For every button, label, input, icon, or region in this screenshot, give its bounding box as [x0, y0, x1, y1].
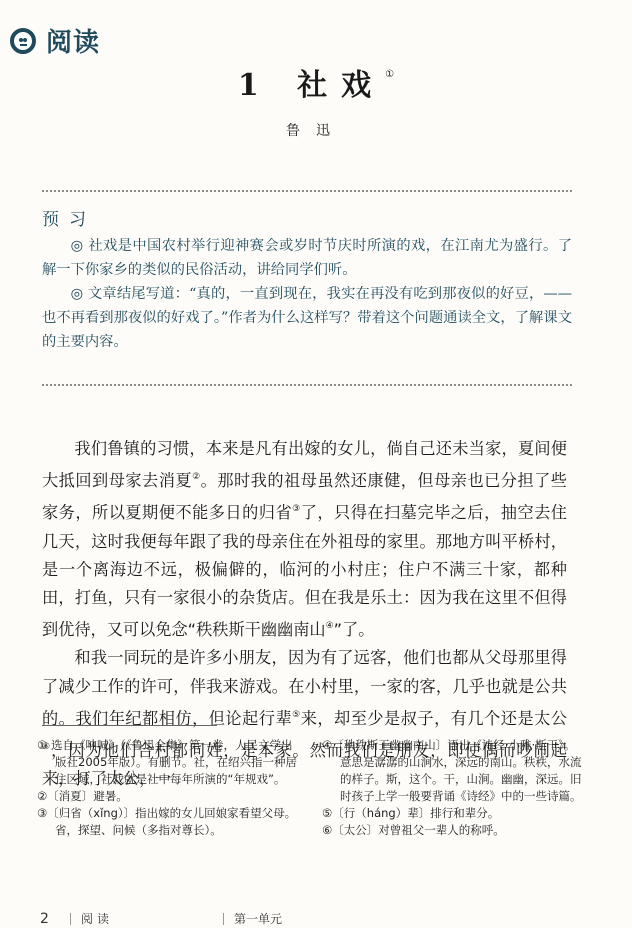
footer-section-label: 阅读 [81, 910, 113, 927]
page-footer: 2 阅读 第一单元 [40, 910, 282, 927]
footnote-ref[interactable]: ⑤ [292, 710, 301, 720]
footnotes-left: ① 选自《呐喊》（《鲁迅全集》第一卷，人民文学出版社2005年版）。有删节。社，… [37, 737, 299, 839]
lesson-title: 1 社戏① [0, 60, 632, 104]
footer-separator [70, 913, 71, 925]
footnote: ⑥〔太公〕对曾祖父一辈人的称呼。 [322, 822, 584, 839]
author: 鲁迅 [0, 120, 632, 140]
text-run: 来，却至少是叔子，有几个还是太公 [301, 709, 567, 728]
preview-item: ◎ 文章结尾写道：“真的，一直到现在，我实在再没有吃到那夜似的好豆，——也不再看… [42, 282, 572, 354]
section-title: 阅读 [46, 22, 100, 59]
footnote-ref[interactable]: ④ [326, 621, 334, 631]
footnote-ref[interactable]: ② [192, 472, 201, 482]
footnote: ④〔秩秩斯干幽幽南山〕语出《诗经·小雅·斯干》。意思是潺潺的山涧水，深远的南山。… [322, 737, 584, 805]
dotted-divider [42, 190, 572, 192]
footnotes-right: ④〔秩秩斯干幽幽南山〕语出《诗经·小雅·斯干》。意思是潺潺的山涧水，深远的南山。… [322, 737, 584, 839]
preview-box: 预习 ◎ 社戏是中国农村举行迎神赛会或岁时节庆时所演的戏，在江南尤为盛行。了解一… [42, 205, 572, 354]
preview-item: ◎ 社戏是中国农村举行迎神赛会或岁时节庆时所演的戏，在江南尤为盛行。了解一下你家… [42, 234, 572, 282]
text-run: ”了。 [334, 620, 375, 639]
footnote-ref[interactable]: ③ [292, 504, 301, 514]
preview-title: 预习 [42, 205, 572, 230]
lesson-number: 1 [238, 68, 273, 103]
section-header: 阅读 [10, 22, 100, 59]
dotted-divider [42, 384, 572, 386]
footnote-rule [42, 725, 217, 726]
page-number: 2 [40, 911, 60, 927]
paragraph: 我们鲁镇的习惯，本来是凡有出嫁的女儿，倘自己还未当家，夏间便大抵回到母家去消夏②… [42, 435, 567, 644]
smiley-face-icon [10, 28, 36, 54]
footnote: ③〔归省（xǐng）〕指出嫁的女儿回娘家看望父母。省，探望、问候（多指对尊长）。 [37, 805, 299, 839]
footnote: ②〔消夏〕避暑。 [37, 788, 299, 805]
lesson-title-text: 社戏 [297, 68, 385, 103]
footnote: ① 选自《呐喊》（《鲁迅全集》第一卷，人民文学出版社2005年版）。有删节。社，… [37, 737, 299, 788]
footer-unit-label: 第一单元 [234, 910, 282, 927]
text-run: 了，只得在扫墓完毕之后，抽空去住几天，这时我便每年跟了我的母亲住在外祖母的家里。… [42, 503, 567, 639]
footer-separator [223, 913, 224, 925]
footnote: ⑤〔行（háng）辈〕排行和辈分。 [322, 805, 584, 822]
footnote-ref[interactable]: ① [385, 69, 394, 80]
